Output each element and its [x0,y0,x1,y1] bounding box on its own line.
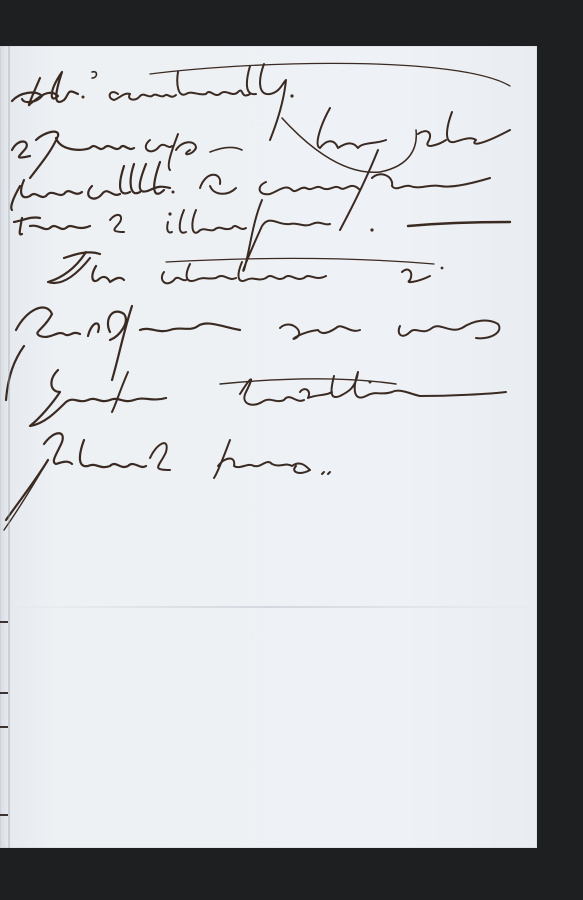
margin-mark [0,726,8,728]
margin-mark [0,814,8,816]
letter-page: Lddp. constantly 2 years ago he was unab… [0,46,537,848]
margin-mark [0,692,8,694]
handwritten-text: Lddp. constantly 2 years ago he was unab… [0,46,537,848]
ink-strokes [0,46,537,848]
margin-mark [0,621,8,623]
